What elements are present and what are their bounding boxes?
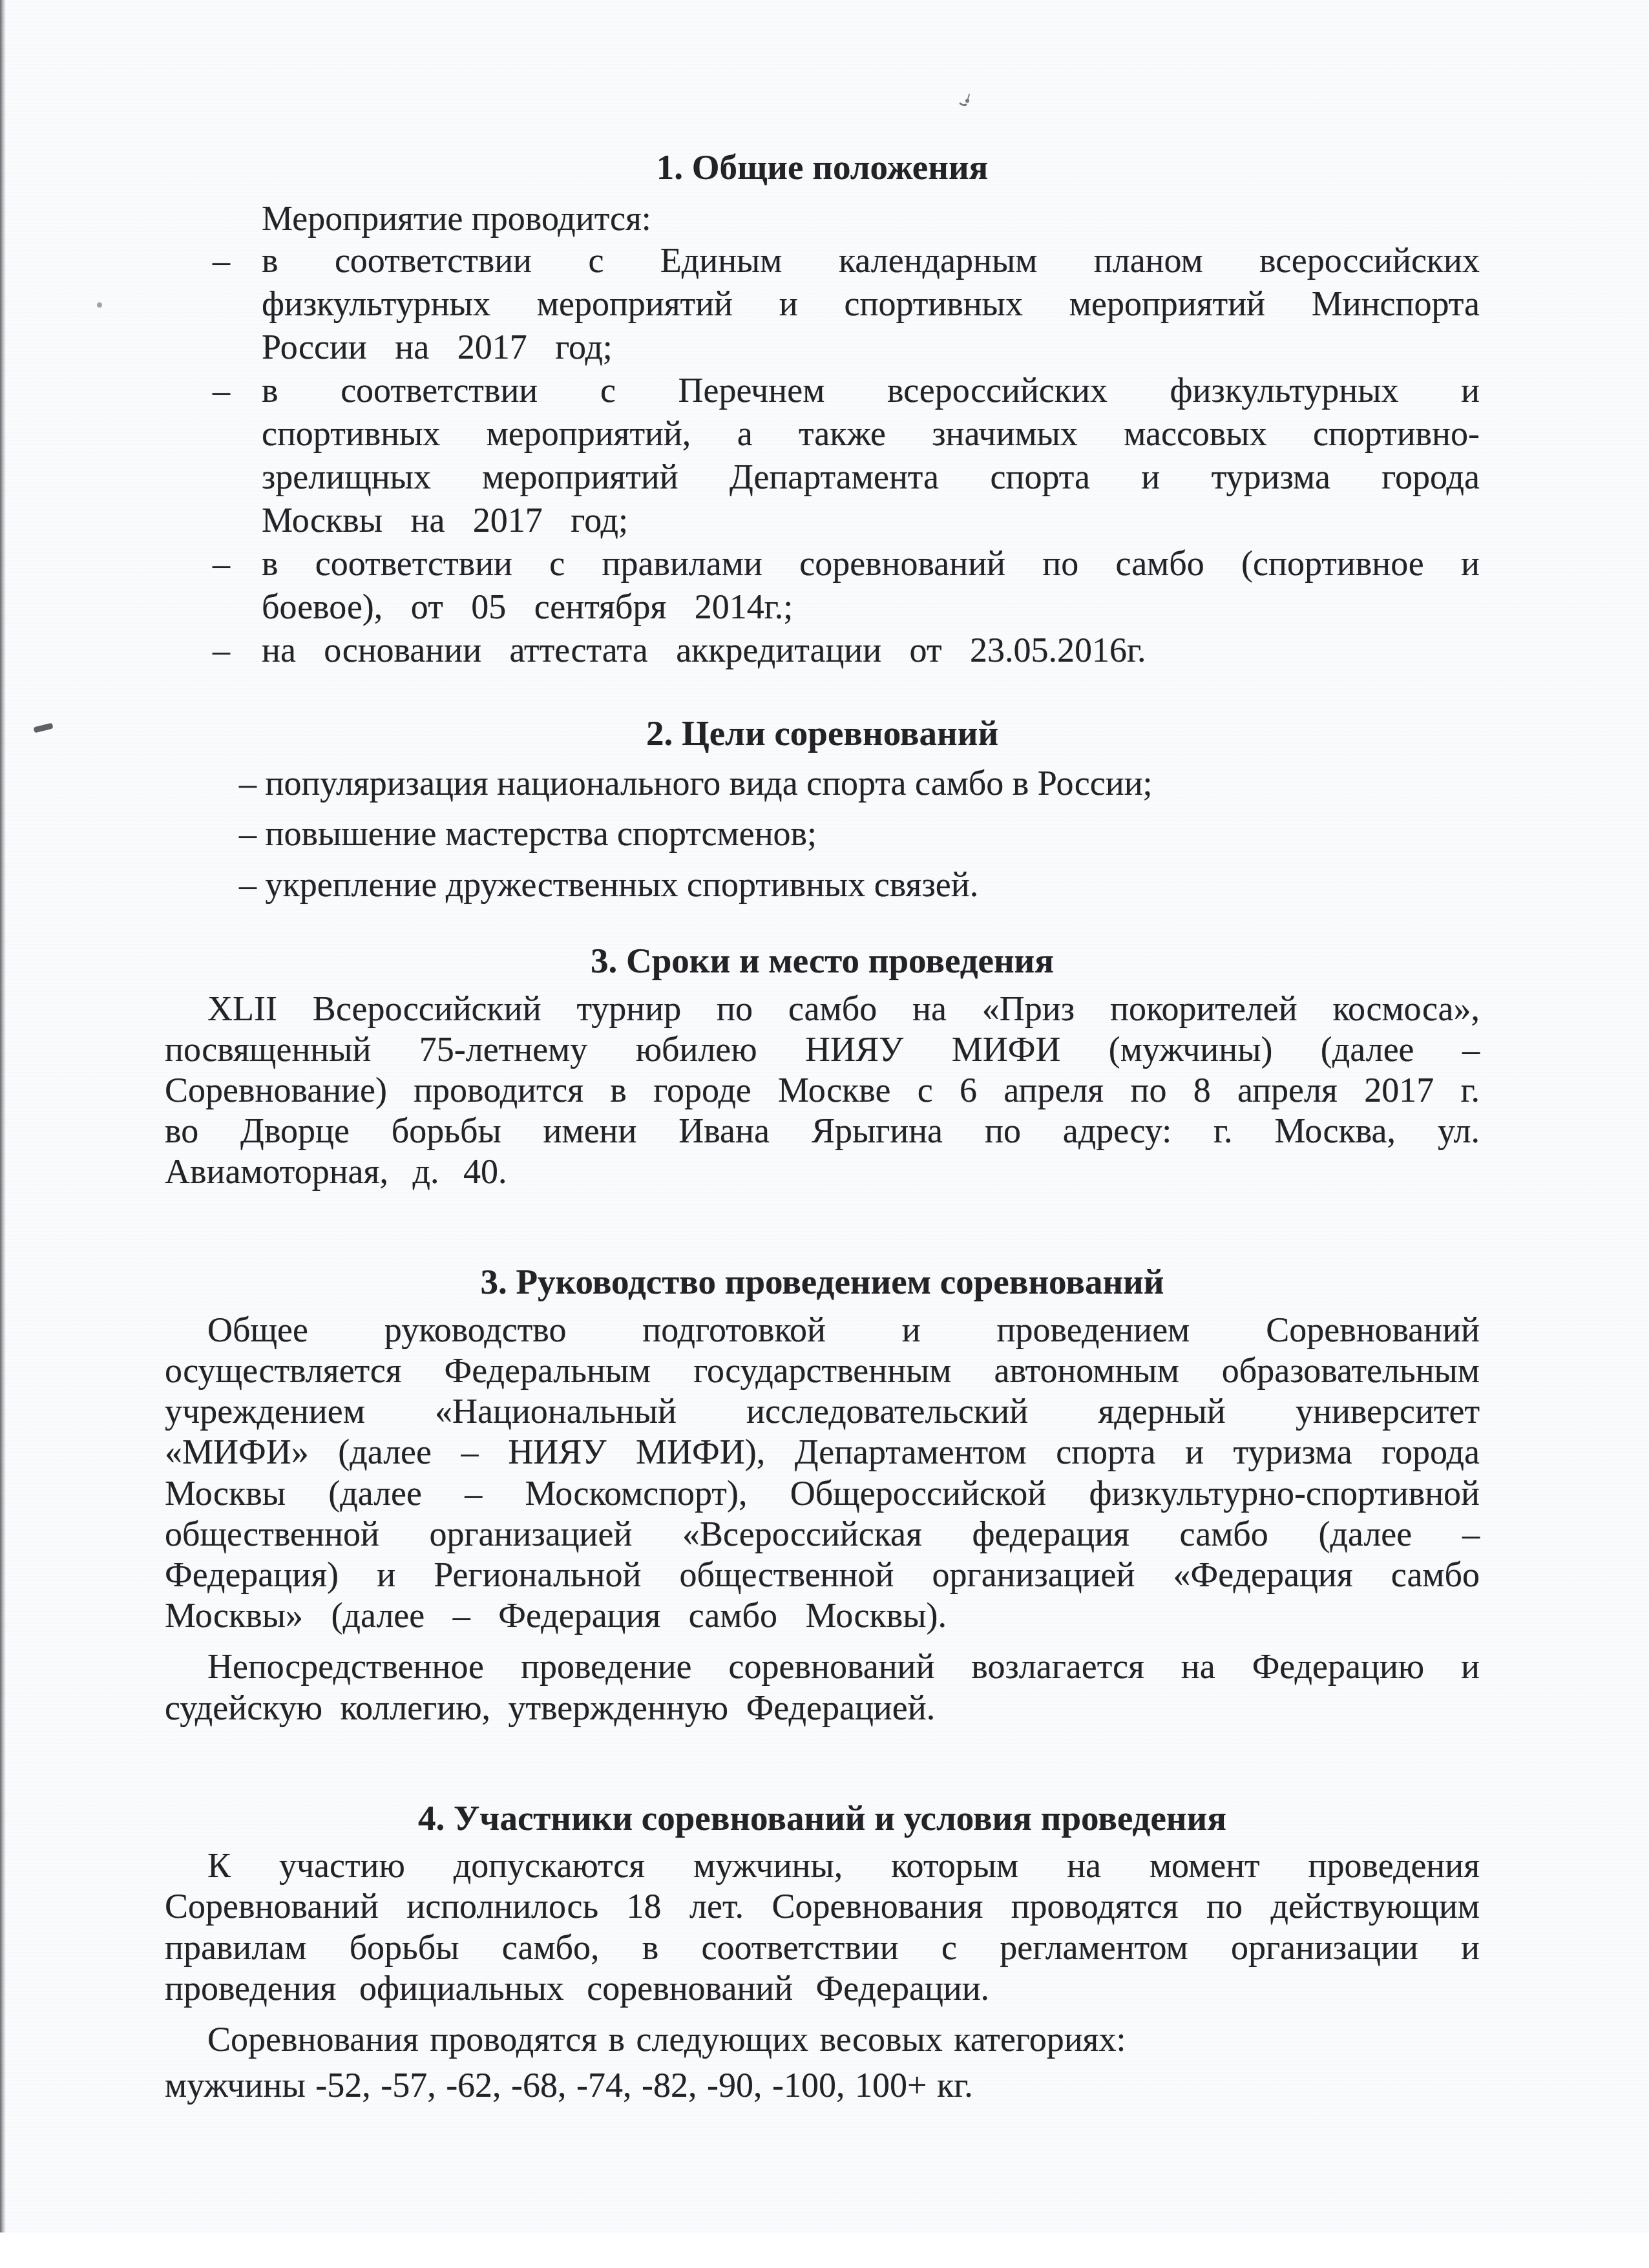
management-paragraph: Общее руководство подготовкой и проведен…	[165, 1310, 1480, 1636]
list-item-text: в соответствии с Перечнем всероссийских …	[262, 369, 1480, 542]
participants-paragraph: К участию допускаются мужчины, которым н…	[165, 1845, 1480, 2009]
section-heading-dates-venue: 3. Сроки и место проведения	[165, 941, 1480, 981]
document-content: 1. Общие положения Мероприятие проводитс…	[0, 0, 1649, 2106]
intro-paragraph: Мероприятие проводится:	[165, 198, 1480, 240]
management-paragraph: Непосредственное проведение соревнований…	[165, 1646, 1480, 1728]
list-item: – на основании аттестата аккредитации от…	[165, 629, 1480, 672]
ink-smudge-artifact	[956, 89, 976, 111]
list-item-text: в соответствии с правилами соревнований …	[262, 542, 1480, 629]
scanned-document-page: 1. Общие положения Мероприятие проводитс…	[0, 0, 1649, 2232]
weight-categories-intro: Соревнования проводятся в следующих весо…	[165, 2019, 1480, 2060]
weight-categories-list: мужчины -52, -57, -62, -68, -74, -82, -9…	[165, 2065, 1480, 2106]
section-heading-management: 3. Руководство проведением соревнований	[165, 1262, 1480, 1302]
list-item: – в соответствии с Единым календарным пл…	[165, 239, 1480, 369]
dash-bullet: –	[165, 239, 262, 369]
list-item-text: на основании аттестата аккредитации от 2…	[262, 629, 1480, 672]
goal-item: – популяризация национального вида спорт…	[239, 762, 1480, 804]
dash-bullet: –	[165, 629, 262, 672]
section-heading-general-provisions: 1. Общие положения	[165, 147, 1480, 187]
dates-venue-paragraph: XLII Всероссийский турнир по самбо на «П…	[165, 989, 1480, 1193]
list-item: – в соответствии с Перечнем всероссийски…	[165, 369, 1480, 542]
section-heading-participants: 4. Участники соревнований и условия пров…	[165, 1798, 1480, 1838]
scan-speck-artifact	[97, 302, 102, 308]
list-item: – в соответствии с правилами соревновани…	[165, 542, 1480, 629]
dash-bullet: –	[165, 369, 262, 542]
dash-bullet: –	[165, 542, 262, 629]
section-heading-goals: 2. Цели соревнований	[165, 713, 1480, 753]
list-item-text: в соответствии с Единым календарным план…	[262, 239, 1480, 369]
goal-item: – повышение мастерства спортсменов;	[239, 813, 1480, 855]
goal-item: – укрепление дружественных спортивных св…	[239, 864, 1480, 906]
